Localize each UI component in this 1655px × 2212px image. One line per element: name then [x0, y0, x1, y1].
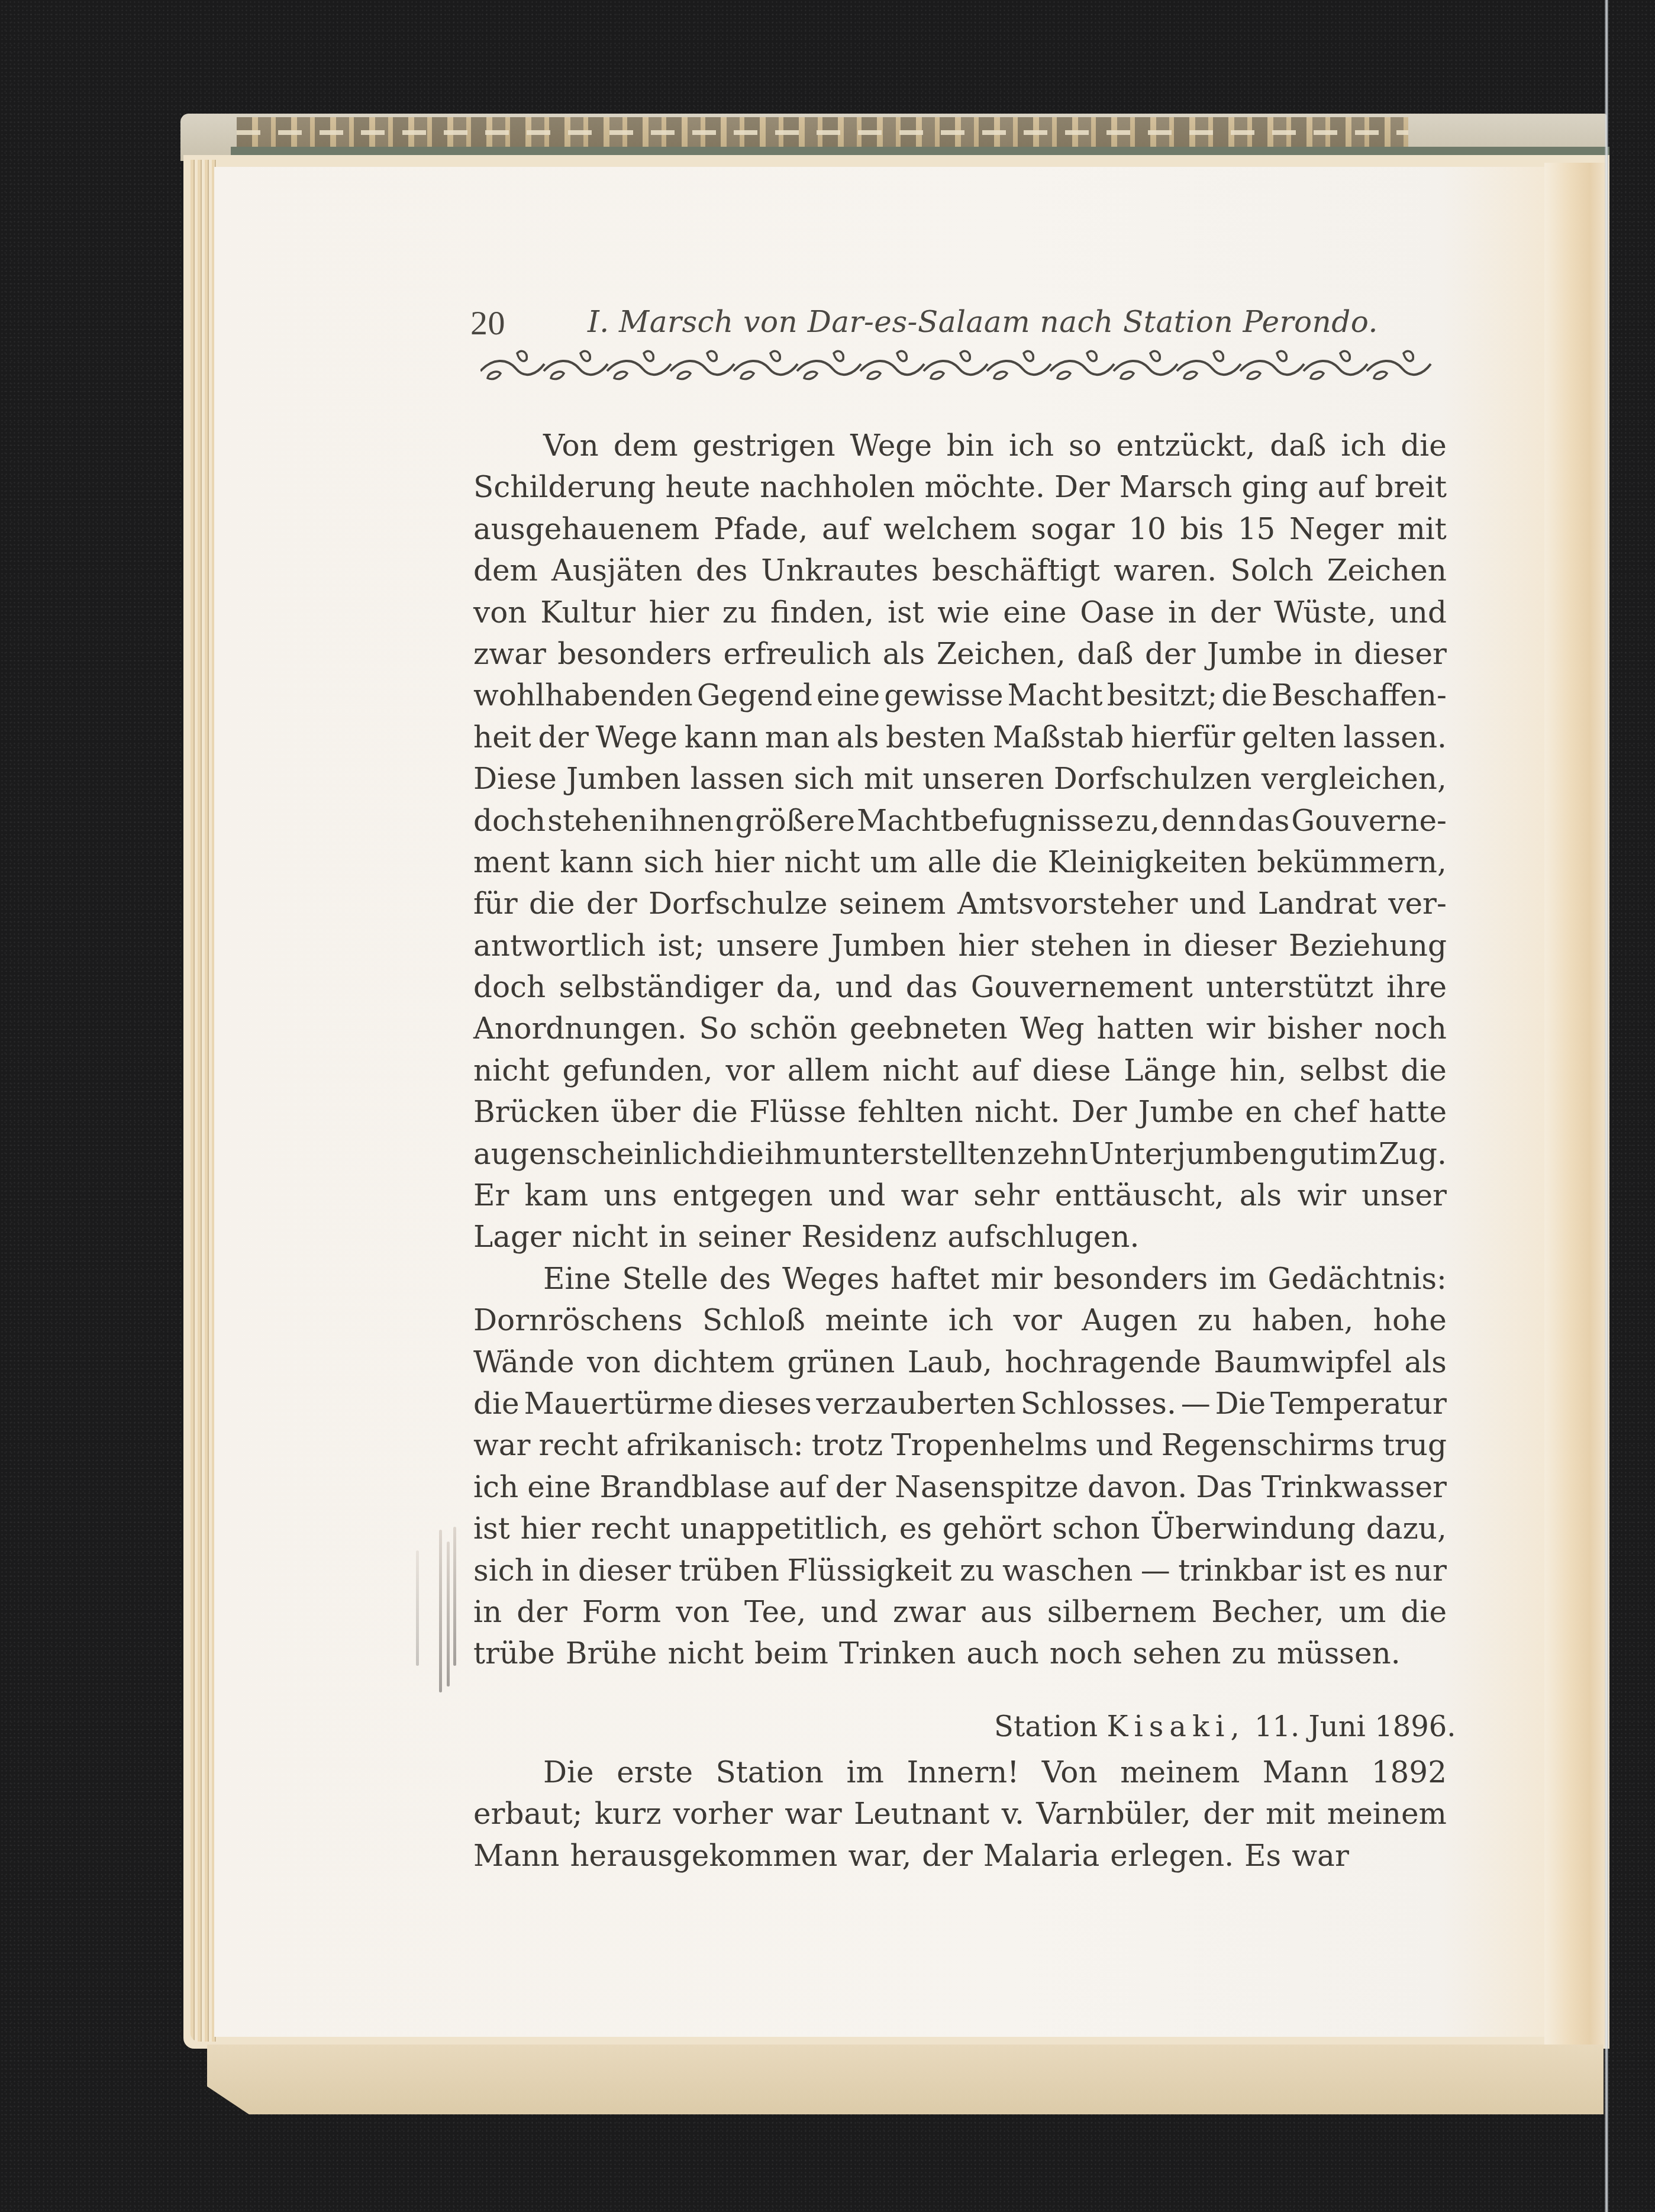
- word: der: [538, 717, 589, 758]
- word: Der: [1054, 466, 1110, 508]
- word: war: [1292, 1835, 1349, 1876]
- word: antwortlich: [473, 925, 646, 966]
- word: ging: [1242, 466, 1308, 508]
- word: die: [529, 883, 575, 924]
- word: Tee,: [744, 1591, 806, 1633]
- word: finden,: [770, 592, 874, 633]
- text-line: wohlhabendenGegendeinegewisseMachtbesitz…: [473, 675, 1447, 716]
- word: Dorfschulze: [649, 883, 828, 924]
- word: Brühe: [566, 1633, 657, 1674]
- word: Flüsse: [749, 1091, 846, 1133]
- text-line: nichtgefunden,vorallemnichtaufdieseLänge…: [473, 1050, 1447, 1091]
- word: vorher: [673, 1793, 773, 1834]
- word: von: [587, 1342, 641, 1383]
- word: meinem: [1120, 1752, 1240, 1793]
- word: silbernem: [1047, 1591, 1196, 1633]
- word: zehn: [1017, 1133, 1088, 1175]
- word: Wege: [850, 425, 932, 466]
- word: stehen: [547, 800, 647, 841]
- word: Form: [582, 1591, 661, 1633]
- word: gewisse: [884, 675, 1003, 716]
- word: mit: [1266, 1793, 1315, 1834]
- word: Dorfschulzen: [1054, 758, 1252, 799]
- word: daß: [1077, 633, 1133, 675]
- word: Residenz: [801, 1216, 937, 1257]
- word: der: [1210, 592, 1261, 633]
- word: erste: [617, 1752, 693, 1793]
- word: in: [473, 1591, 502, 1633]
- word: ihnen: [649, 800, 733, 841]
- word: Es: [1244, 1835, 1281, 1876]
- word: grünen: [787, 1342, 895, 1383]
- word: stehen: [1031, 925, 1131, 966]
- word: schön: [750, 1008, 837, 1049]
- word: —: [1141, 1550, 1170, 1591]
- word: gestrigen: [693, 425, 835, 466]
- word: hatten: [1097, 1008, 1194, 1049]
- text-line: EineStelledesWegeshaftetmirbesondersimGe…: [473, 1258, 1447, 1300]
- page-stack-edges: [191, 160, 217, 2042]
- word: Augen: [1082, 1300, 1177, 1341]
- word: Jumbe: [1138, 1091, 1234, 1133]
- word: Beschaffen-: [1272, 675, 1447, 716]
- word: dieser: [1184, 925, 1277, 966]
- word: Trinken: [839, 1633, 956, 1674]
- word: zu: [1198, 1300, 1233, 1341]
- text-line: Anordnungen.SoschöngeebnetenWeghattenwir…: [473, 1008, 1447, 1049]
- word: dichtem: [653, 1342, 775, 1383]
- word: trotz: [812, 1424, 883, 1466]
- word: nicht: [883, 1050, 959, 1091]
- word: doch: [473, 800, 546, 841]
- text-line: isthierrechtunappetitlich,esgehörtschonÜ…: [473, 1508, 1447, 1549]
- text-line: ausgehauenemPfade,aufwelchemsogar10bis15…: [473, 508, 1447, 550]
- dateline-place: Kisaki,: [1107, 1710, 1246, 1743]
- text-line: Mannherausgekommenwar,derMalariaerlegen.…: [473, 1835, 1447, 1876]
- word: hochragende: [1005, 1342, 1201, 1383]
- word: die: [473, 1383, 520, 1424]
- cover-green-band: [231, 147, 1609, 155]
- word: 15: [1238, 508, 1276, 550]
- word: nicht.: [975, 1091, 1060, 1133]
- word: v.: [1002, 1793, 1024, 1834]
- word: Becher,: [1211, 1591, 1324, 1633]
- word: Jumben: [831, 925, 946, 966]
- word: sich: [473, 1550, 534, 1591]
- word: hier: [714, 841, 775, 883]
- word: möchte.: [925, 466, 1045, 508]
- word: chef: [1293, 1091, 1357, 1133]
- word: auf: [972, 1050, 1020, 1091]
- text-line: augenscheinlichdieihmunterstelltenzehnUn…: [473, 1133, 1447, 1175]
- word: Station: [715, 1752, 824, 1793]
- word: war: [473, 1424, 531, 1466]
- word: der: [1203, 1793, 1254, 1834]
- word: ich: [949, 1300, 993, 1341]
- word: daß: [1270, 425, 1326, 466]
- word: besten: [886, 717, 986, 758]
- word: enttäuscht,: [1055, 1175, 1224, 1216]
- word: mir: [991, 1258, 1042, 1300]
- word: denn: [1162, 800, 1236, 841]
- word: beschäftigt: [932, 550, 1100, 591]
- word: Marsch: [1120, 466, 1233, 508]
- word: bis: [1180, 508, 1224, 550]
- word: hierfür: [1131, 717, 1235, 758]
- word: Pfade,: [714, 508, 808, 550]
- word: Überwindung: [1150, 1508, 1356, 1549]
- word: für: [473, 883, 518, 924]
- word: allem: [788, 1050, 870, 1091]
- word: Lager: [473, 1216, 562, 1257]
- running-title: I. Marsch von Dar-es-Salaam nach Station…: [588, 305, 1378, 339]
- word: dem: [614, 425, 678, 466]
- word: meinem: [1327, 1793, 1447, 1834]
- text-line: mentkannsichhiernichtumalledieKleinigkei…: [473, 841, 1447, 883]
- word: Machtbefugnisse: [857, 800, 1114, 841]
- word: hohe: [1373, 1300, 1447, 1341]
- word: aufschlugen.: [947, 1216, 1139, 1257]
- body-text: VondemgestrigenWegebinichsoentzückt,daßi…: [473, 425, 1447, 1675]
- book-cover-bottom-edge: [207, 2045, 1604, 2114]
- word: Nasenspitze: [895, 1466, 1079, 1508]
- word: als: [837, 717, 879, 758]
- word: um: [1339, 1591, 1386, 1633]
- text-line: antwortlichist;unsereJumbenhierstehenind…: [473, 925, 1447, 966]
- word: Solch: [1230, 550, 1314, 591]
- paragraph-3: DieersteStationimInnern!VonmeinemMann189…: [473, 1752, 1447, 1876]
- word: wohlhabenden: [473, 675, 693, 716]
- word: ist: [1309, 1550, 1346, 1591]
- word: Kleinigkeiten: [1047, 841, 1247, 883]
- word: Trinkwasser: [1262, 1466, 1447, 1508]
- word: wir: [1297, 1175, 1346, 1216]
- word: dieses: [718, 1383, 812, 1424]
- word: 1892: [1372, 1752, 1447, 1793]
- word: bin: [947, 425, 994, 466]
- word: mit: [864, 758, 914, 799]
- word: selbst: [1299, 1050, 1388, 1091]
- word: vor: [726, 1050, 775, 1091]
- word: Schlosses.: [1021, 1383, 1176, 1424]
- word: war: [785, 1793, 842, 1834]
- page-number: 20: [470, 303, 505, 343]
- word: Das: [1196, 1466, 1253, 1508]
- word: ist: [473, 1508, 510, 1549]
- word: Leutnant: [854, 1793, 989, 1834]
- word: doch: [473, 966, 546, 1008]
- word: gefunden,: [562, 1050, 712, 1091]
- word: vor: [1013, 1300, 1062, 1341]
- word: Gouverne-: [1291, 800, 1447, 841]
- word: in: [1314, 633, 1343, 675]
- word: des: [696, 550, 747, 591]
- word: unappetitlich,: [680, 1508, 889, 1549]
- word: bekümmern,: [1257, 841, 1447, 883]
- word: kurz: [595, 1793, 662, 1834]
- word: Wege: [596, 717, 678, 758]
- word: im: [847, 1752, 884, 1793]
- word: ver-: [1388, 883, 1447, 924]
- word: ich: [473, 1466, 518, 1508]
- word: der: [586, 883, 637, 924]
- word: Varnbüler,: [1036, 1793, 1191, 1834]
- text-line: BrückenüberdieFlüssefehltennicht.DerJumb…: [473, 1091, 1447, 1133]
- word: hier: [520, 1508, 580, 1549]
- text-line: fürdiederDorfschulzeseinemAmtsvorsteheru…: [473, 883, 1447, 924]
- word: auf: [779, 1466, 827, 1508]
- word: sich: [794, 758, 854, 799]
- word: Malaria: [983, 1835, 1100, 1876]
- word: Von: [1042, 1752, 1098, 1793]
- word: Unterjumben: [1089, 1133, 1289, 1175]
- word: haben,: [1252, 1300, 1354, 1341]
- word: ich: [1009, 425, 1054, 466]
- word: besitzt;: [1107, 675, 1218, 716]
- word: diese: [1033, 1050, 1111, 1091]
- word: von: [473, 592, 527, 633]
- word: recht: [539, 1424, 618, 1466]
- text-line: DieseJumbenlassensichmitunserenDorfschul…: [473, 758, 1447, 799]
- word: Zug.: [1379, 1133, 1447, 1175]
- word: in: [1168, 592, 1196, 633]
- word: unterstellten: [822, 1133, 1016, 1175]
- word: war: [901, 1175, 959, 1216]
- word: gelten: [1242, 717, 1336, 758]
- text-line: Erkamunsentgegenundwarsehrenttäuscht,als…: [473, 1175, 1447, 1216]
- word: entgegen: [673, 1175, 813, 1216]
- word: und: [835, 966, 892, 1008]
- page-gutter-shadow: [1544, 163, 1609, 2045]
- word: unterstützt: [1206, 966, 1373, 1008]
- word: Er: [473, 1175, 509, 1216]
- word: Tropenhelms: [891, 1424, 1088, 1466]
- word: Brandblase: [600, 1466, 770, 1508]
- text-line: heitderWegekannmanalsbestenMaßstabhierfü…: [473, 717, 1447, 758]
- word: Länge: [1124, 1050, 1217, 1091]
- word: in: [541, 1550, 570, 1591]
- word: nur: [1395, 1550, 1447, 1591]
- word: Weg: [1020, 1008, 1085, 1049]
- word: auch: [966, 1633, 1038, 1674]
- word: dieser: [578, 1550, 671, 1591]
- word: Baumwipfel: [1214, 1342, 1392, 1383]
- word: Amtsvorsteher: [957, 883, 1178, 924]
- word: Innern!: [906, 1752, 1019, 1793]
- vine-ornament-icon: [480, 346, 1433, 382]
- word: —: [1181, 1383, 1211, 1424]
- word: herausgekommen: [570, 1835, 837, 1876]
- word: Flüssigkeit: [788, 1550, 952, 1591]
- word: hier: [958, 925, 1018, 966]
- word: waren.: [1114, 550, 1217, 591]
- word: lassen: [691, 758, 785, 799]
- text-line: dieMauertürmediesesverzaubertenSchlosses…: [473, 1383, 1447, 1424]
- word: die: [1401, 1591, 1447, 1633]
- word: und: [821, 1591, 878, 1633]
- word: die: [1401, 425, 1447, 466]
- word: Gouvernement: [971, 966, 1193, 1008]
- word: und: [828, 1175, 885, 1216]
- text-line: trübeBrühenichtbeimTrinkenauchnochsehenz…: [473, 1633, 1447, 1674]
- word: Wände: [473, 1342, 575, 1383]
- word: lassen.: [1343, 717, 1447, 758]
- word: meinte: [825, 1300, 928, 1341]
- word: waschen: [1002, 1550, 1133, 1591]
- word: das: [1238, 800, 1289, 841]
- word: Mann: [1263, 1752, 1348, 1793]
- word: des: [720, 1258, 771, 1300]
- word: bisher: [1267, 1008, 1362, 1049]
- word: fehlten: [857, 1091, 963, 1133]
- word: eine: [527, 1466, 591, 1508]
- word: Beziehung: [1289, 925, 1447, 966]
- word: da,: [776, 966, 822, 1008]
- word: entzückt,: [1117, 425, 1256, 466]
- word: es: [899, 1508, 932, 1549]
- word: kam: [525, 1175, 589, 1216]
- word: Mann: [473, 1835, 559, 1876]
- word: kann: [560, 841, 634, 883]
- text-line: erbaut;kurzvorherwarLeutnantv.Varnbüler,…: [473, 1793, 1447, 1834]
- word: schon: [1052, 1508, 1140, 1549]
- word: sich: [644, 841, 704, 883]
- word: so: [1069, 425, 1102, 466]
- dateline-prefix: Station: [994, 1710, 1098, 1743]
- word: ihre: [1386, 966, 1447, 1008]
- word: beim: [754, 1633, 828, 1674]
- word: trug: [1383, 1424, 1447, 1466]
- word: geebneten: [850, 1008, 1008, 1049]
- word: auf: [822, 508, 870, 550]
- word: Regenschirms: [1162, 1424, 1375, 1466]
- word: trüben: [679, 1550, 779, 1591]
- word: im: [1219, 1258, 1256, 1300]
- word: Ausjäten: [551, 550, 682, 591]
- word: ihm: [765, 1133, 822, 1175]
- word: der: [1145, 633, 1196, 675]
- word: Gegend: [697, 675, 812, 716]
- word: nicht: [784, 841, 860, 883]
- word: eine: [817, 675, 880, 716]
- word: man: [765, 717, 830, 758]
- word: sehr: [973, 1175, 1039, 1216]
- text-line: demAusjätendesUnkrautesbeschäftigtwaren.…: [473, 550, 1447, 591]
- word: Eine: [543, 1258, 611, 1300]
- word: hier: [649, 592, 709, 633]
- word: Anordnungen.: [473, 1008, 687, 1049]
- word: Laub,: [908, 1342, 992, 1383]
- word: ist: [888, 592, 924, 633]
- word: heit: [473, 717, 531, 758]
- text-line: WändevondichtemgrünenLaub,hochragendeBau…: [473, 1342, 1447, 1383]
- word: aus: [980, 1591, 1033, 1633]
- word: afrikanisch:: [626, 1424, 803, 1466]
- word: unseren: [922, 758, 1044, 799]
- word: zu,: [1116, 800, 1160, 841]
- word: dieser: [1354, 633, 1447, 675]
- word: Stelle: [622, 1258, 708, 1300]
- text-line: sichindiesertrübenFlüssigkeitzuwaschen—t…: [473, 1550, 1447, 1591]
- word: die: [992, 841, 1038, 883]
- word: nicht: [667, 1633, 744, 1674]
- word: es: [1354, 1550, 1386, 1591]
- word: Schilderung: [473, 466, 656, 508]
- word: auf: [1318, 466, 1366, 508]
- word: besonders: [1054, 1258, 1208, 1300]
- word: Wüste,: [1274, 592, 1376, 633]
- word: größere: [735, 800, 856, 841]
- word: zwar: [893, 1591, 966, 1633]
- word: erfreulich: [723, 633, 871, 675]
- text-line: LagernichtinseinerResidenzaufschlugen.: [473, 1216, 1447, 1257]
- word: trinkbar: [1178, 1550, 1301, 1591]
- word: selbständiger: [559, 966, 763, 1008]
- word: Brücken: [473, 1091, 599, 1133]
- word: uns: [604, 1175, 657, 1216]
- word: Schloß: [702, 1300, 805, 1341]
- word: ment: [473, 841, 550, 883]
- word: war,: [848, 1835, 911, 1876]
- word: hin,: [1230, 1050, 1286, 1091]
- word: die: [1221, 675, 1267, 716]
- word: als: [1405, 1342, 1447, 1383]
- word: von: [676, 1591, 730, 1633]
- text-line: vonKulturhierzufinden,istwieeineOaseinde…: [473, 592, 1447, 633]
- word: die: [692, 1091, 738, 1133]
- word: Jumbe: [1207, 633, 1302, 675]
- word: noch: [1050, 1633, 1122, 1674]
- word: Zeichen: [1327, 550, 1447, 591]
- word: sehen: [1133, 1633, 1221, 1674]
- word: mit: [1397, 508, 1447, 550]
- word: alle: [927, 841, 981, 883]
- word: Jumben: [566, 758, 680, 799]
- word: nicht: [473, 1050, 550, 1091]
- word: das: [906, 966, 957, 1008]
- cover-decorative-pattern: [237, 117, 1408, 147]
- word: haftet: [891, 1258, 979, 1300]
- word: unsere: [717, 925, 819, 966]
- word: als: [883, 633, 925, 675]
- word: Diese: [473, 758, 557, 799]
- word: müssen.: [1277, 1633, 1401, 1674]
- word: in: [659, 1216, 687, 1257]
- text-line: zwarbesonderserfreulichalsZeichen,daßder…: [473, 633, 1447, 675]
- word: hatte: [1369, 1091, 1447, 1133]
- word: Von: [543, 425, 599, 466]
- word: Die: [1215, 1383, 1266, 1424]
- word: Die: [543, 1752, 594, 1793]
- dateline-date: 11. Juni 1896.: [1254, 1710, 1456, 1743]
- word: der: [922, 1835, 973, 1876]
- word: Weges: [782, 1258, 879, 1300]
- word: erbaut;: [473, 1793, 582, 1834]
- word: unser: [1362, 1175, 1447, 1216]
- word: und: [1189, 883, 1246, 924]
- word: als: [1240, 1175, 1282, 1216]
- word: zu: [960, 1550, 995, 1591]
- text-line: Schilderungheutenachholenmöchte.DerMarsc…: [473, 466, 1447, 508]
- word: davon.: [1088, 1466, 1187, 1508]
- dateline: Station Kisaki, 11. Juni 1896.: [994, 1710, 1456, 1743]
- word: en: [1245, 1091, 1282, 1133]
- word: über: [611, 1091, 680, 1133]
- word: 10: [1128, 508, 1166, 550]
- text-line: dochselbständigerda,unddasGouvernementun…: [473, 966, 1447, 1008]
- word: verzauberten: [816, 1383, 1015, 1424]
- text-line: DieersteStationimInnern!VonmeinemMann189…: [473, 1752, 1447, 1793]
